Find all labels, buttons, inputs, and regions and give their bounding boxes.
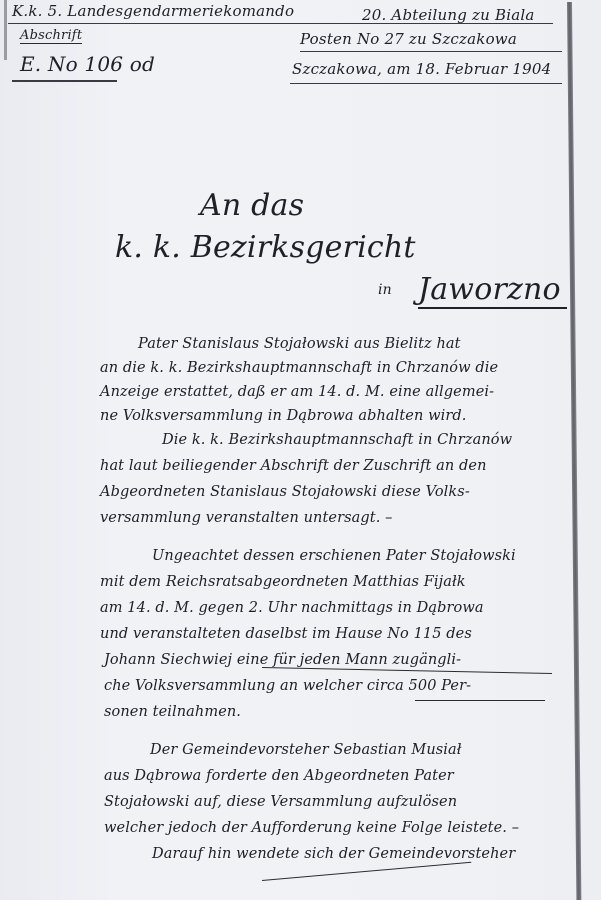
body-line: versammlung veranstalten untersagt. – — [100, 510, 392, 526]
body-line: welcher jedoch der Aufforderung keine Fo… — [104, 820, 519, 836]
body-line: Pater Stanislaus Stojałowski aus Bielitz… — [138, 336, 461, 352]
body-line: Johann Siechwiej eine für jeden Mann zug… — [104, 652, 461, 668]
header-place-date: Szczakowa, am 18. Februar 1904 — [292, 60, 551, 78]
body-line: Die k. k. Bezirkshauptmannschaft in Chrz… — [162, 432, 512, 448]
body-line: Darauf hin wendete sich der Gemeindevors… — [152, 846, 515, 862]
body-line: und veranstalteten daselbst im Hause No … — [100, 626, 472, 642]
header-department: 20. Abteilung zu Biala — [362, 6, 534, 24]
body-line: ne Volksversammlung in Dąbrowa abhalten … — [100, 408, 467, 424]
body-line: Abgeordneten Stanislaus Stojałowski dies… — [100, 484, 470, 500]
body-line: aus Dąbrowa forderte den Abgeordneten Pa… — [104, 768, 454, 784]
addressee-place: Jaworzno — [418, 272, 567, 309]
document-page: K.k. 5. Landesgendarmeriekomando Abschri… — [0, 0, 601, 900]
body-line: mit dem Reichsratsabgeordneten Matthias … — [100, 574, 466, 590]
header-post: Posten No 27 zu Szczakowa — [300, 30, 517, 48]
right-margin-rule — [567, 2, 581, 900]
underline-stroke — [415, 700, 545, 701]
closing-flourish — [262, 862, 471, 881]
body-line: Der Gemeindevorsteher Sebastian Musiał — [150, 742, 462, 758]
underline-stroke — [262, 667, 552, 674]
addressee-line-1: An das — [200, 188, 304, 223]
body-line: che Volksversammlung an welcher circa 50… — [104, 678, 471, 694]
body-line: sonen teilnahmen. — [104, 704, 241, 720]
body-line: Ungeachtet dessen erschienen Pater Stoja… — [152, 548, 516, 564]
addressee-prefix: in — [378, 282, 392, 298]
body-line: Anzeige erstattet, daß er am 14. d. M. e… — [100, 384, 494, 400]
body-line: hat laut beiliegender Abschrift der Zusc… — [100, 458, 487, 474]
addressee-line-2: k. k. Bezirksgericht — [115, 230, 416, 265]
reference-number: E. No 106 od — [20, 52, 155, 76]
body-line: Stojałowski auf, diese Versammlung aufzu… — [104, 794, 457, 810]
header-authority: K.k. 5. Landesgendarmeriekomando — [12, 2, 294, 20]
body-line: am 14. d. M. gegen 2. Uhr nachmittags in… — [100, 600, 484, 616]
copy-label: Abschrift — [20, 28, 82, 44]
left-margin-rule — [4, 0, 7, 60]
reference-underline — [12, 80, 117, 82]
header-rule-3 — [290, 83, 562, 84]
body-line: an die k. k. Bezirkshauptmannschaft in C… — [100, 360, 498, 376]
header-rule-2 — [300, 51, 562, 52]
